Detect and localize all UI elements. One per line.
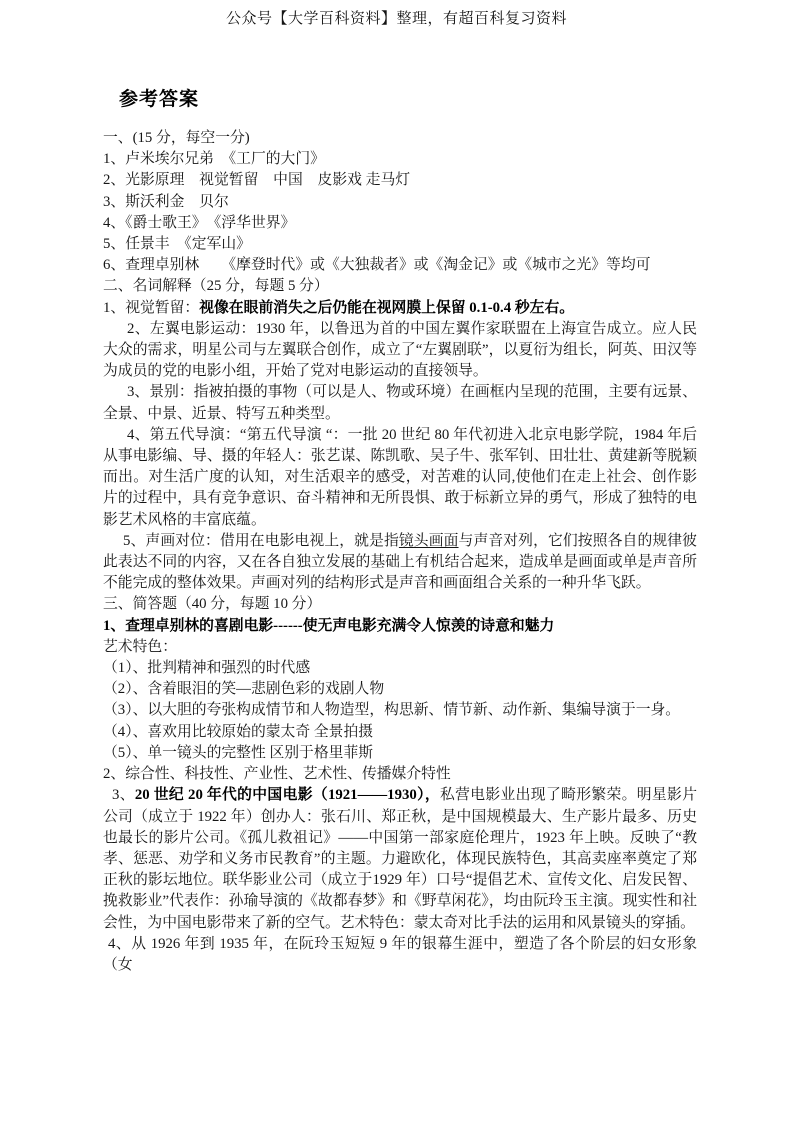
section-1-heading: 一、(15 分，每空一分) xyxy=(103,128,697,149)
section-2-item-3: 3、景别：指被拍摄的事物（可以是人、物或环境）在画框内呈现的范围，主要有远景、全… xyxy=(103,382,697,424)
art-feature-point: （5）、单一镜头的完整性 区别于格里菲斯 xyxy=(103,743,697,764)
section-2-item-2: 2、左翼电影运动：1930 年，以鲁迅为首的中国左翼作家联盟在上海宣告成立。应人… xyxy=(103,319,697,383)
item-3-bold-title: 20 世纪 20 年代的中国电影（1921——1930）， xyxy=(135,787,440,803)
section-1-item: 6、查理卓别林 《摩登时代》或《大独裁者》或《淘金记》或《城市之光》等均可 xyxy=(103,255,697,276)
art-feature-point: （4）、喜欢用比较原始的蒙太奇 全景拍摄 xyxy=(103,722,697,743)
item-1-bold-title: 1、查理卓别林的喜剧电影------使无声电影充满令人惊羡的诗意和魅力 xyxy=(103,618,554,634)
art-features-label: 艺术特色： xyxy=(103,637,697,658)
item-3-number: 3、 xyxy=(112,787,135,803)
document-body: 参考答案 一、(15 分，每空一分) 1、卢米埃尔兄弟 《工厂的大门》 2、光影… xyxy=(103,84,697,976)
section-3-item-3: 3、20 世纪 20 年代的中国电影（1921——1930），私营电影业出现了畸… xyxy=(103,785,697,933)
underlined-term: 镜头画面 xyxy=(399,533,459,549)
item-3-body: 私营电影业出现了畸形繁荣。明星影片公司（成立于 1922 年）创办人：张石川、郑… xyxy=(103,787,697,930)
art-feature-point: （1）、批判精神和强烈的时代感 xyxy=(103,658,697,679)
doc-title: 参考答案 xyxy=(119,84,697,111)
art-feature-point: （2）、含着眼泪的笑—悲剧色彩的戏剧人物 xyxy=(103,679,697,700)
section-3-item-4: 4、从 1926 年到 1935 年，在阮玲玉短短 9 年的银幕生涯中，塑造了各… xyxy=(103,934,697,976)
section-2-item-1: 1、视觉暂留：视像在眼前消失之后仍能在视网膜上保留 0.1-0.4 秒左右。 xyxy=(103,298,697,319)
document-page: 公众号【大学百科资料】整理，有超百科复习资料 参考答案 一、(15 分，每空一分… xyxy=(0,0,793,1122)
section-1-item: 3、斯沃利金 贝尔 xyxy=(103,192,697,213)
section-3-item-2: 2、综合性、科技性、产业性、艺术性、传播媒介特性 xyxy=(103,764,697,785)
term-definition-bold: 视像在眼前消失之后仍能在视网膜上保留 0.1-0.4 秒左右。 xyxy=(199,300,574,316)
section-1-item: 4、《爵士歌王》 《浮华世界》 xyxy=(103,213,697,234)
page-header-note: 公众号【大学百科资料】整理，有超百科复习资料 xyxy=(0,7,793,28)
section-3-heading: 三、简答题（40 分，每题 10 分） xyxy=(103,594,697,615)
section-1-item: 1、卢米埃尔兄弟 《工厂的大门》 xyxy=(103,149,697,170)
section-2-item-4: 4、第五代导演：“第五代导演 “：一批 20 世纪 80 年代初进入北京电影学院… xyxy=(103,425,697,531)
section-1-item: 2、光影原理 视觉暂留 中国 皮影戏 走马灯 xyxy=(103,170,697,191)
section-2-item-5: 5、声画对位：借用在电影电视上，就是指镜头画面与声音对列，它们按照各自的规律彼此… xyxy=(103,531,697,595)
item-5-text: 5、声画对位：借用在电影电视上，就是指 xyxy=(123,533,399,549)
term-label: 1、视觉暂留： xyxy=(103,300,199,316)
section-1-item: 5、任景丰 《定军山》 xyxy=(103,234,697,255)
section-2-heading: 二、名词解释（25 分，每题 5 分） xyxy=(103,276,697,297)
section-3-item-1: 1、查理卓别林的喜剧电影------使无声电影充满令人惊羡的诗意和魅力 xyxy=(103,616,697,637)
art-feature-point: （3）、以大胆的夸张构成情节和人物造型，构思新、情节新、动作新、集编导演于一身。 xyxy=(103,700,697,721)
